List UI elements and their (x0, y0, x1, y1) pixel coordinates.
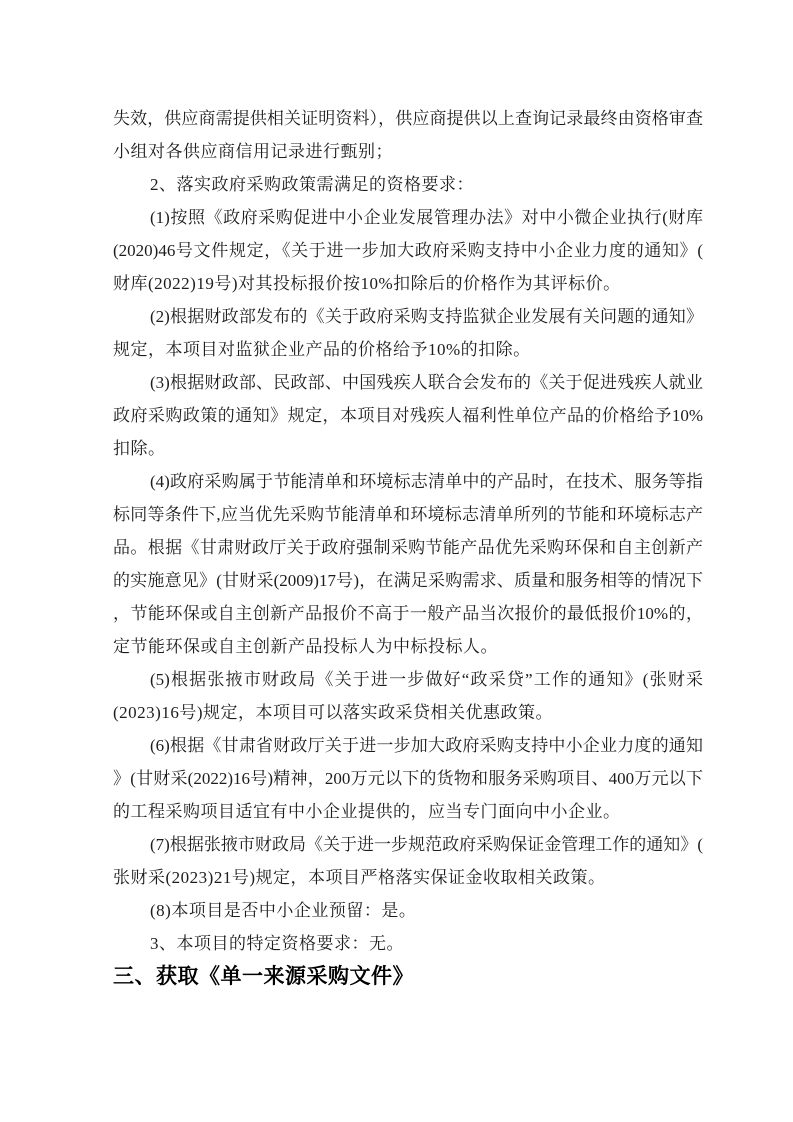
text-line: 扣除。 (113, 432, 703, 465)
text-line: ，节能环保或自主创新产品报价不高于一般产品当次报价的最低报价10%的，确 (113, 597, 703, 630)
text-line: 》(甘财采(2022)16号)精神，200万元以下的货物和服务采购项目、400万… (113, 762, 703, 795)
document-page: 失效，供应商需提供相关证明资料），供应商提供以上查询记录最终由资格审查小组对各供… (0, 0, 793, 1122)
document-content: 失效，供应商需提供相关证明资料），供应商提供以上查询记录最终由资格审查小组对各供… (113, 102, 703, 993)
text-line: (2020)46号文件规定，《关于进一步加大政府采购支持中小企业力度的通知》( (113, 234, 703, 267)
text-line: 财库(2022)19号)对其投标报价按10%扣除后的价格作为其评标价。 (113, 267, 703, 300)
text-line: 定节能环保或自主创新产品投标人为中标投标人。 (113, 630, 703, 663)
section-heading: 三、获取《单一来源采购文件》 (113, 960, 703, 993)
text-line: (8)本项目是否中小企业预留：是。 (113, 894, 703, 927)
text-line: 张财采(2023)21号)规定，本项目严格落实保证金收取相关政策。 (113, 861, 703, 894)
text-line: (3)根据财政部、民政部、中国残疾人联合会发布的《关于促进残疾人就业 (113, 366, 703, 399)
text-line: 品。根据《甘肃财政厅关于政府强制采购节能产品优先采购环保和自主创新产品 (113, 531, 703, 564)
text-line: 小组对各供应商信用记录进行甄别； (113, 135, 703, 168)
text-line: (6)根据《甘肃省财政厅关于进一步加大政府采购支持中小企业力度的通知 (113, 729, 703, 762)
text-line: (1)按照《政府采购促进中小企业发展管理办法》对中小微企业执行(财库 (113, 201, 703, 234)
text-line: (7)根据张掖市财政局《关于进一步规范政府采购保证金管理工作的通知》( (113, 828, 703, 861)
text-line: 规定，本项目对监狱企业产品的价格给予10%的扣除。 (113, 333, 703, 366)
text-line: (4)政府采购属于节能清单和环境标志清单中的产品时，在技术、服务等指 (113, 465, 703, 498)
text-line: (2)根据财政部发布的《关于政府采购支持监狱企业发展有关问题的通知》 (113, 300, 703, 333)
text-line: (5)根据张掖市财政局《关于进一步做好“政采贷”工作的通知》(张财采 (113, 663, 703, 696)
text-line: 失效，供应商需提供相关证明资料），供应商提供以上查询记录最终由资格审查 (113, 102, 703, 135)
text-line: 2、落实政府采购政策需满足的资格要求： (113, 168, 703, 201)
text-line: 标同等条件下,应当优先采购节能清单和环境标志清单所列的节能和环境标志产 (113, 498, 703, 531)
text-line: 的实施意见》(甘财采(2009)17号)，在满足采购需求、质量和服务相等的情况下 (113, 564, 703, 597)
text-line: (2023)16号)规定，本项目可以落实政采贷相关优惠政策。 (113, 696, 703, 729)
text-line: 的工程采购项目适宜有中小企业提供的，应当专门面向中小企业。 (113, 795, 703, 828)
text-line: 政府采购政策的通知》规定，本项目对残疾人福利性单位产品的价格给予10%的 (113, 399, 703, 432)
text-line: 3、本项目的特定资格要求：无。 (113, 927, 703, 960)
